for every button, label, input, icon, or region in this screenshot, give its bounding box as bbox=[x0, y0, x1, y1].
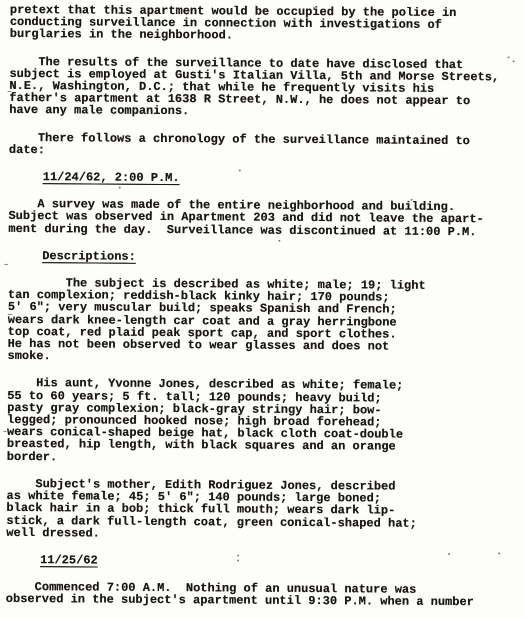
scan-speckle bbox=[411, 199, 413, 201]
document-paragraph: pretext that this apartment would be occ… bbox=[10, 4, 518, 44]
scan-speckle bbox=[3, 431, 7, 432]
scan-speckle bbox=[313, 7, 315, 9]
document-body: pretext that this apartment would be occ… bbox=[6, 4, 518, 609]
scan-speckle bbox=[278, 240, 280, 242]
scan-speckle bbox=[7, 91, 11, 92]
scan-speckle bbox=[8, 314, 13, 315]
text-line: border. bbox=[7, 451, 515, 467]
document-paragraph: A survey was made of the entire neighbor… bbox=[8, 198, 516, 238]
scan-speckle bbox=[239, 170, 241, 172]
section-heading-text: 11/24/62, 2:00 P.M. bbox=[43, 170, 180, 185]
scan-speckle bbox=[4, 264, 8, 265]
scan-speckle bbox=[237, 560, 239, 562]
text-line: He has not been observed to wear glasses… bbox=[8, 338, 516, 354]
text-line: There follows a chronology of the survei… bbox=[9, 132, 517, 148]
scan-speckle bbox=[498, 552, 500, 554]
text-line: observed in the subject's apartment unti… bbox=[6, 593, 514, 609]
section-heading-text: 11/25/62 bbox=[40, 553, 98, 567]
section-heading: 11/25/62 bbox=[40, 554, 514, 570]
document-paragraph: His aunt, Yvonne Jones, described as whi… bbox=[7, 377, 516, 466]
scanned-page: pretext that this apartment would be occ… bbox=[0, 0, 524, 618]
scan-speckle bbox=[448, 553, 450, 555]
document-paragraph: The subject is described as white; male;… bbox=[7, 277, 516, 366]
scan-speckle bbox=[513, 60, 515, 62]
scan-speckle bbox=[237, 555, 239, 557]
section-heading: Descriptions: bbox=[42, 250, 516, 266]
document-paragraph: Subject's mother, Edith Rodriguez Jones,… bbox=[6, 478, 514, 543]
document-paragraph: The results of the surveillance to date … bbox=[9, 56, 517, 121]
scan-speckle bbox=[34, 149, 36, 151]
scan-speckle bbox=[508, 56, 510, 58]
text-line: ment during the day. Surveillance was di… bbox=[8, 223, 516, 239]
section-heading: 11/24/62, 2:00 P.M. bbox=[43, 171, 517, 187]
document-paragraph: There follows a chronology of the survei… bbox=[9, 132, 517, 160]
section-heading-text: Descriptions: bbox=[42, 249, 136, 264]
scan-speckle bbox=[119, 187, 121, 189]
scan-speckle bbox=[423, 11, 425, 13]
document-paragraph: Commenced 7:00 A.M. Nothing of an unusua… bbox=[6, 581, 514, 609]
